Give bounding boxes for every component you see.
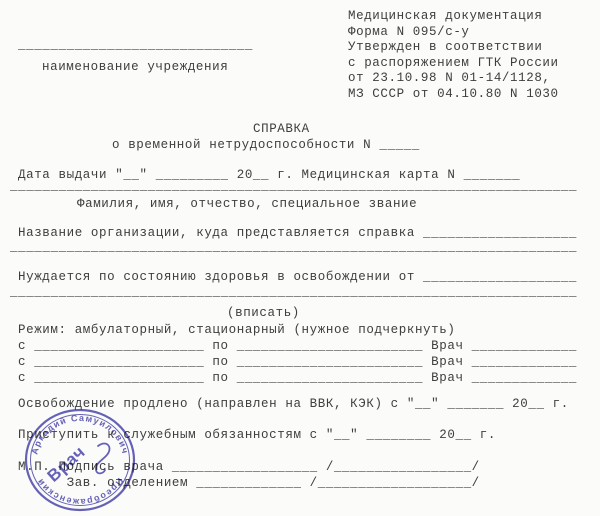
approval-line: Утвержден в соответствии	[348, 40, 559, 56]
exemption-line: Нуждается по состоянию здоровья в освобо…	[18, 269, 577, 285]
form-title: СПРАВКА	[253, 121, 310, 137]
approval-line: от 23.10.98 N 01-14/1128,	[348, 71, 559, 87]
write-in-caption: (вписать)	[227, 305, 300, 321]
approval-line: с распоряжением ГТК России	[348, 56, 559, 72]
stamp-center-text: Врач	[44, 442, 89, 486]
form-subtitle: о временной нетрудоспособности N _____	[112, 137, 420, 153]
fio-caption: Фамилия, имя, отчество, специальное зван…	[77, 196, 417, 212]
horizontal-rule: ________________________________________…	[10, 239, 577, 255]
approval-line: МЗ СССР от 04.10.80 N 1030	[348, 87, 559, 103]
period-row: с _____________________ по _____________…	[18, 338, 577, 354]
stamp-bottom-text: Преображенский	[35, 476, 126, 507]
approval-line: Форма N 095/с-у	[348, 25, 559, 41]
stamp-signature-squiggle	[96, 443, 110, 473]
institution-name-caption: наименование учреждения	[42, 59, 228, 75]
doctor-stamp: Аркадий Самуилович Преображенский Врач	[22, 404, 142, 516]
medical-certificate-form: _____________________________ наименован…	[0, 0, 600, 516]
period-row: с _____________________ по _____________…	[18, 354, 577, 370]
period-row: с _____________________ по _____________…	[18, 370, 577, 386]
institution-name-line: _____________________________	[18, 37, 253, 53]
approval-line: Медицинская документация	[348, 9, 559, 25]
regimen-line: Режим: амбулаторный, стационарный (нужно…	[18, 322, 455, 338]
horizontal-rule: ________________________________________…	[10, 284, 577, 300]
doc-approval-block: Медицинская документация Форма N 095/с-у…	[348, 9, 559, 102]
svg-text:Преображенский: Преображенский	[35, 476, 126, 507]
horizontal-rule: ________________________________________…	[10, 178, 577, 194]
